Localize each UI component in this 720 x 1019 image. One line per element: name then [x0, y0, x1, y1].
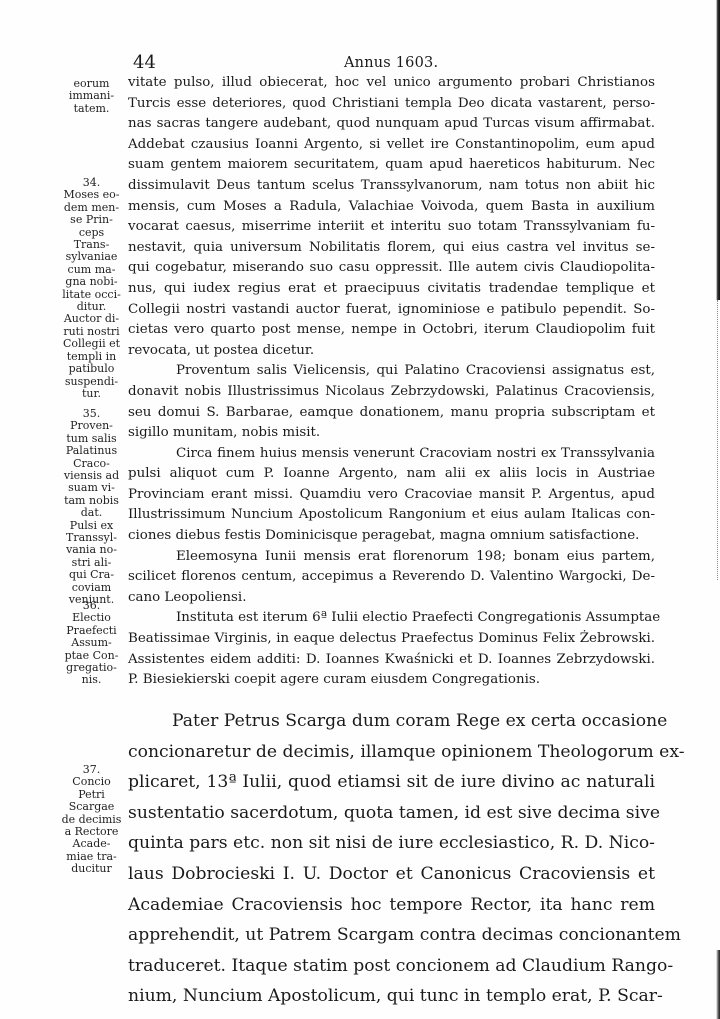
text-line: donavit nobis Illustrissimus Nicolaus Ze…: [128, 382, 655, 403]
text-line: Provinciam erant missi. Quamdiu vero Cra…: [128, 485, 655, 506]
text-line: vitate pulso, illud obiecerat, hoc vel u…: [128, 73, 655, 94]
text-line: seu domui S. Barbarae, eamque donationem…: [128, 403, 655, 424]
text-line: nestavit, quia universum Nobilitatis flo…: [128, 238, 655, 259]
text-line-large: laus Dobrocieski I. U. Doctor et Canonic…: [128, 859, 655, 890]
text-line: Instituta est iterum 6ª Iulii electio Pr…: [128, 608, 655, 629]
body-text-small: vitate pulso, illud obiecerat, hoc vel u…: [128, 73, 655, 691]
note-37: 37.ConcioPetriScargaede decimisa Rectore…: [55, 764, 128, 876]
text-line: scilicet florenos centum, accepimus a Re…: [128, 567, 655, 588]
text-line: Illustrissimum Nuncium Apostolicum Rango…: [128, 505, 655, 526]
margin-note-line: Electio: [55, 612, 128, 624]
text-line: Assistentes eidem additi: D. Ioannes Kwa…: [128, 650, 655, 671]
margin-note-line: Scargae: [55, 801, 128, 813]
text-line-large: traduceret. Itaque statim post concionem…: [128, 951, 655, 982]
margin-note-line: nis.: [55, 674, 128, 686]
text-line: Beatissimae Virginis, in eaque delectus …: [128, 629, 655, 650]
text-line: suam gentem maiorem securitatem, quam ap…: [128, 155, 655, 176]
text-line: nus, qui iudex regius erat et praecipuus…: [128, 279, 655, 300]
margin-note-line: se Prin-: [55, 214, 128, 226]
text-line-large: quinta pars etc. non sit nisi de iure ec…: [128, 828, 655, 859]
note-immanitatem: eorumimmani-tatem.: [55, 78, 128, 115]
text-line: revocata, ut postea dicetur.: [128, 341, 655, 362]
scan-edge-shadow-lower: [716, 950, 720, 1019]
text-line: Proventum salis Vielicensis, qui Palatin…: [128, 361, 655, 382]
text-line: Circa finem huius mensis venerunt Cracov…: [128, 444, 655, 465]
text-line-large: concionaretur de decimis, illamque opini…: [128, 737, 655, 768]
margin-note-line: Assum-: [55, 637, 128, 649]
text-line: Collegii nostri vastandi auctor fuerat, …: [128, 300, 655, 321]
margin-note-line: Collegii et: [55, 338, 128, 350]
text-line: qui cogebatur, miserando suo casu oppres…: [128, 258, 655, 279]
margin-note-line: patibulo: [55, 363, 128, 375]
text-line: P. Biesiekierski coepit agere curam eius…: [128, 670, 655, 691]
margin-note-line: tur.: [55, 388, 128, 400]
margin-note-line: sylvaniae: [55, 251, 128, 263]
margin-note-line: Concio: [55, 776, 128, 788]
text-line-large: Pater Petrus Scarga dum coram Rege ex ce…: [128, 706, 655, 737]
note-34: 34.Moses eo-dem men-se Prin-cepsTrans-sy…: [55, 177, 128, 400]
document-page: 44 Annus 1603. eorumimmani-tatem.34.Mose…: [0, 0, 720, 1019]
text-line: Addebat czausius Ioanni Argento, si vell…: [128, 135, 655, 156]
text-line-large: Academiae Cracoviensis hoc tempore Recto…: [128, 890, 655, 921]
margin-note-line: immani-: [55, 90, 128, 102]
margin-note-line: vania no-: [55, 544, 128, 556]
text-line: Eleemosyna Iunii mensis erat florenorum …: [128, 547, 655, 568]
scan-edge-speckle: [716, 300, 718, 580]
text-line-large: plicaret, 13ª Iulii, quod etiamsi sit de…: [128, 767, 655, 798]
note-36: 36.ElectioPraefectiAssum-ptae Con-gregat…: [55, 600, 128, 687]
margin-note-line: ducitur: [55, 863, 128, 875]
note-35: 35.Proven-tum salisPalatinusCraco-viensi…: [55, 408, 128, 607]
margin-note-line: Auctor di-: [55, 313, 128, 325]
text-line-large: sustentatio sacerdotum, quota tamen, id …: [128, 798, 655, 829]
text-line: ciones diebus festis Dominicisque perage…: [128, 526, 655, 547]
text-line: sigillo munitam, nobis misit.: [128, 423, 655, 444]
text-line-large: apprehendit, ut Patrem Scargam contra de…: [128, 920, 655, 951]
margin-note-line: dat.: [55, 507, 128, 519]
text-line: cano Leopoliensi.: [128, 588, 655, 609]
margin-note-line: qui Cra-: [55, 569, 128, 581]
text-line: mensis, cum Moses a Radula, Valachiae Vo…: [128, 197, 655, 218]
text-line: nas sacras tangere audebant, quod nunqua…: [128, 114, 655, 135]
scan-edge-shadow: [716, 0, 720, 300]
margin-note-line: Proven-: [55, 420, 128, 432]
margin-note-line: gna nobi-: [55, 276, 128, 288]
text-line: cietas vero quarto post mense, nempe in …: [128, 320, 655, 341]
margin-note-line: Acade-: [55, 838, 128, 850]
text-line: Turcis esse deteriores, quod Christiani …: [128, 94, 655, 115]
text-line: pulsi aliquot cum P. Ioanne Argento, nam…: [128, 464, 655, 485]
margin-note-line: suam vi-: [55, 482, 128, 494]
text-line-large: nium, Nuncium Apostolicum, qui tunc in t…: [128, 981, 655, 1012]
page-number: 44: [133, 52, 156, 73]
text-line: dissimulavit Deus tantum scelus Transsyl…: [128, 176, 655, 197]
margin-note-line: Moses eo-: [55, 189, 128, 201]
running-title: Annus 1603.: [344, 55, 438, 71]
margin-note-line: Palatinus: [55, 445, 128, 457]
margin-note-line: tatem.: [55, 103, 128, 115]
body-text-large: Pater Petrus Scarga dum coram Rege ex ce…: [128, 706, 655, 1012]
text-line: vocarat caesus, miserrime interiit et in…: [128, 217, 655, 238]
